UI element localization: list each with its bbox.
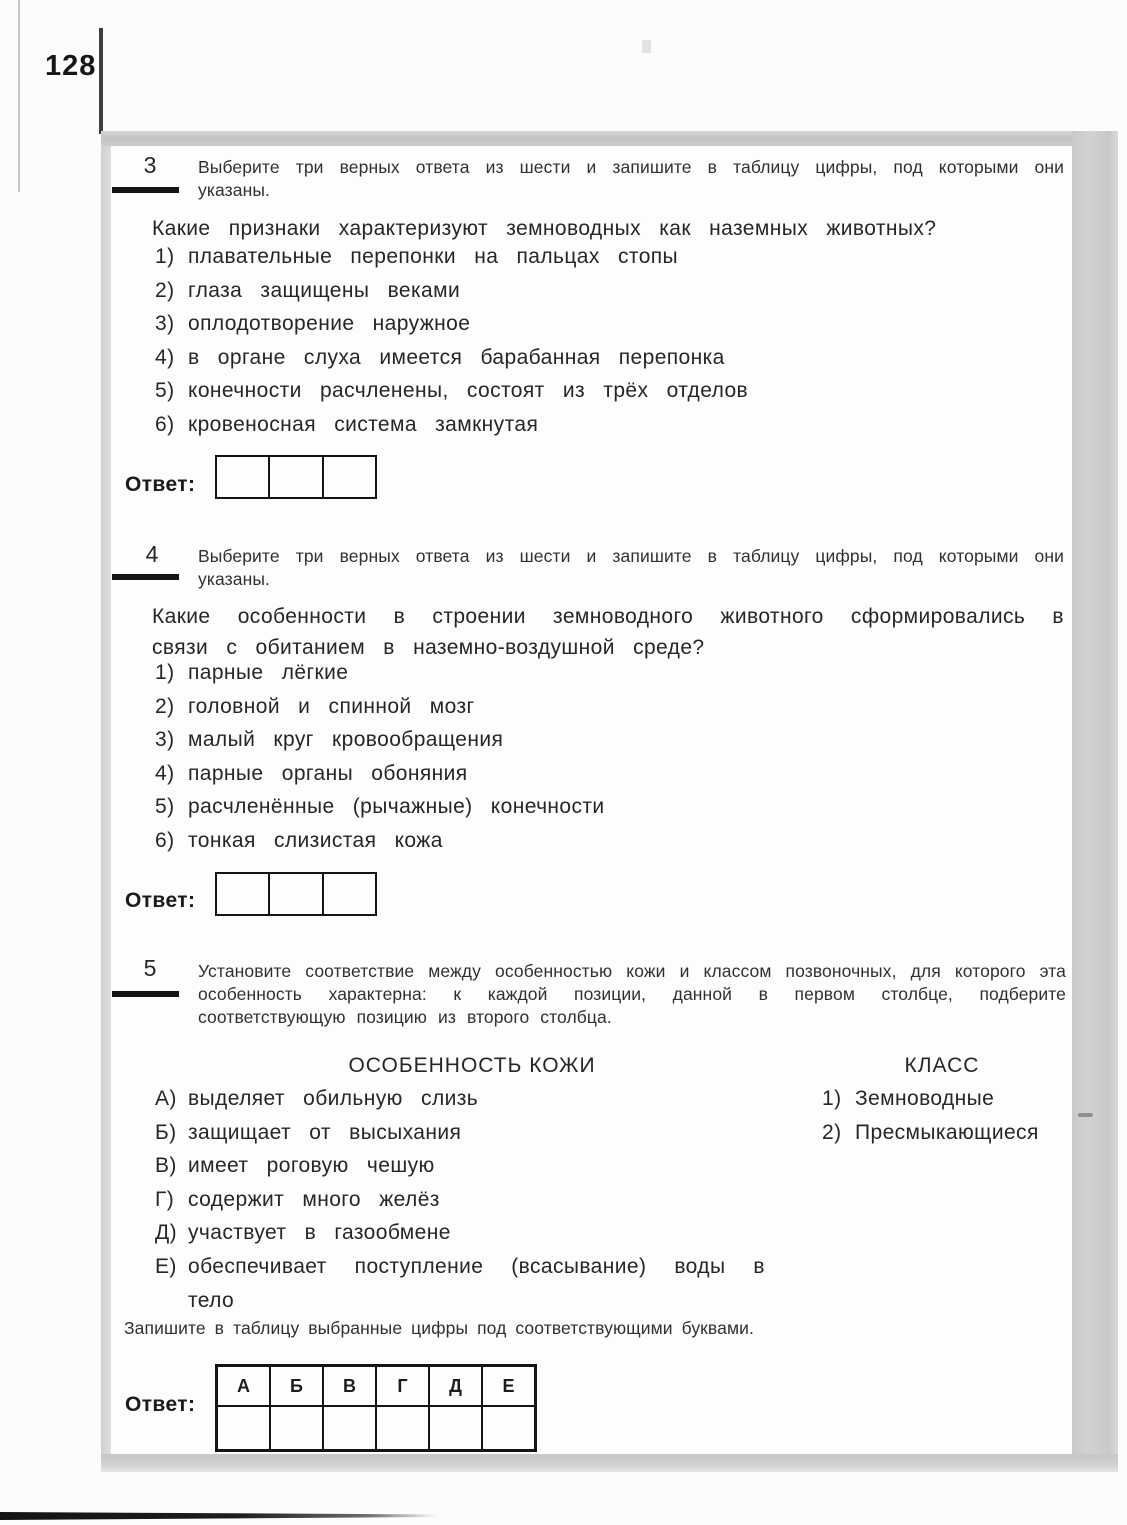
option-letter: Е) xyxy=(155,1250,188,1317)
option-letter: В) xyxy=(155,1149,188,1183)
answer-table-header-row: А Б В Г Д Е xyxy=(217,1366,536,1407)
answer-table-header: В xyxy=(323,1366,376,1407)
option-text: участвует в газообмене xyxy=(188,1216,795,1250)
option-text: глаза защищены веками xyxy=(188,274,1067,308)
option-letter: Б) xyxy=(155,1116,188,1150)
option-item: 1) Земноводные xyxy=(822,1082,1072,1116)
content-frame-bottom xyxy=(101,1454,1118,1472)
option-text: парные органы обоняния xyxy=(188,757,1067,791)
scan-artifact-speck xyxy=(642,40,651,53)
option-text: имеет роговую чешую xyxy=(188,1149,795,1183)
answer-table-header: Е xyxy=(482,1366,536,1407)
option-text: Пресмыкающиеся xyxy=(855,1116,1072,1150)
option-text: в органе слуха имеется барабанная перепо… xyxy=(188,341,1067,375)
option-text: содержит много желёз xyxy=(188,1183,795,1217)
question-4-answer-label: Ответ: xyxy=(125,889,195,913)
option-item: 5) конечности расчленены, состоят из трё… xyxy=(155,374,1067,408)
question-5-instruction: Установите соответствие между особенност… xyxy=(198,960,1066,1029)
option-number: 6) xyxy=(155,408,188,442)
option-text: тонкая слизистая кожа xyxy=(188,824,1067,858)
option-number: 4) xyxy=(155,757,188,791)
option-number: 1) xyxy=(155,656,188,690)
match-right-column-header: КЛАСС xyxy=(822,1054,1062,1078)
option-text: головной и спинной мозг xyxy=(188,690,1067,724)
scan-artifact-line xyxy=(18,0,20,192)
answer-table-header: Д xyxy=(429,1366,482,1407)
question-5-note: Запишите в таблицу выбранные цифры под с… xyxy=(124,1318,884,1339)
scan-artifact-dash xyxy=(1078,1113,1093,1117)
question-4-rule xyxy=(112,574,179,580)
answer-table-value-row xyxy=(217,1406,536,1451)
match-left-column-header: ОСОБЕННОСТЬ КОЖИ xyxy=(152,1054,792,1078)
question-5-answer-table: А Б В Г Д Е xyxy=(215,1364,537,1452)
option-item: Г) содержит много желёз xyxy=(155,1183,795,1217)
option-item: 6) тонкая слизистая кожа xyxy=(155,824,1067,858)
question-3-rule xyxy=(112,187,179,193)
option-text: плавательные перепонки на пальцах стопы xyxy=(188,240,1067,274)
option-text: обеспечивает поступление (всасывание) во… xyxy=(188,1250,765,1317)
option-text: парные лёгкие xyxy=(188,656,1067,690)
option-letter: Г) xyxy=(155,1183,188,1217)
content-frame-right xyxy=(1072,131,1118,1472)
option-number: 6) xyxy=(155,824,188,858)
option-item: 5) расчленённые (рычажные) конечности xyxy=(155,790,1067,824)
page-number: 128 xyxy=(45,50,96,83)
option-text: выделяет обильную слизь xyxy=(188,1082,795,1116)
option-number: 1) xyxy=(822,1082,855,1116)
option-number: 2) xyxy=(822,1116,855,1150)
option-number: 3) xyxy=(155,307,188,341)
option-text: защищает от высыхания xyxy=(188,1116,795,1150)
option-number: 1) xyxy=(155,240,188,274)
option-number: 2) xyxy=(155,274,188,308)
option-text: конечности расчленены, состоят из трёх о… xyxy=(188,374,1067,408)
scan-artifact-bottom-bar xyxy=(0,1512,438,1520)
answer-cell[interactable] xyxy=(324,457,375,497)
answer-cell[interactable] xyxy=(270,1406,323,1451)
option-number: 4) xyxy=(155,341,188,375)
option-number: 5) xyxy=(155,790,188,824)
option-item: 3) малый круг кровообращения xyxy=(155,723,1067,757)
option-number: 2) xyxy=(155,690,188,724)
option-item: 6) кровеносная система замкнутая xyxy=(155,408,1067,442)
content-frame-top xyxy=(101,131,1117,146)
option-item: 2) головной и спинной мозг xyxy=(155,690,1067,724)
option-text: Земноводные xyxy=(855,1082,1072,1116)
match-right-options: 1) Земноводные 2) Пресмыкающиеся xyxy=(822,1082,1072,1149)
question-4-answer-box xyxy=(215,872,377,916)
option-item: В) имеет роговую чешую xyxy=(155,1149,795,1183)
question-3-number: 3 xyxy=(137,152,163,179)
option-item: 4) парные органы обоняния xyxy=(155,757,1067,791)
option-letter: Д) xyxy=(155,1216,188,1250)
option-item: 3) оплодотворение наружное xyxy=(155,307,1067,341)
answer-cell[interactable] xyxy=(429,1406,482,1451)
question-3-instruction: Выберите три верных ответа из шести и за… xyxy=(198,156,1064,202)
option-number: 5) xyxy=(155,374,188,408)
option-item: Д) участвует в газообмене xyxy=(155,1216,795,1250)
option-item: Е) обеспечивает поступление (всасывание)… xyxy=(155,1250,765,1317)
option-text: расчленённые (рычажные) конечности xyxy=(188,790,1067,824)
option-item: 1) плавательные перепонки на пальцах сто… xyxy=(155,240,1067,274)
option-item: 2) Пресмыкающиеся xyxy=(822,1116,1072,1150)
option-item: Б) защищает от высыхания xyxy=(155,1116,795,1150)
question-3-answer-label: Ответ: xyxy=(125,473,195,497)
answer-cell[interactable] xyxy=(217,457,270,497)
option-item: А) выделяет обильную слизь xyxy=(155,1082,795,1116)
question-3-options: 1) плавательные перепонки на пальцах сто… xyxy=(155,240,1067,442)
answer-cell[interactable] xyxy=(217,1406,271,1451)
answer-table-header: Г xyxy=(376,1366,429,1407)
question-3-answer-box xyxy=(215,455,377,499)
option-text: малый круг кровообращения xyxy=(188,723,1067,757)
answer-cell[interactable] xyxy=(482,1406,536,1451)
option-item: 2) глаза защищены веками xyxy=(155,274,1067,308)
question-4-text: Какие особенности в строении земноводног… xyxy=(152,601,1064,663)
page-corner-rule xyxy=(99,28,103,134)
answer-cell[interactable] xyxy=(324,874,375,914)
option-letter: А) xyxy=(155,1082,188,1116)
question-4-number: 4 xyxy=(139,541,165,568)
option-item: 4) в органе слуха имеется барабанная пер… xyxy=(155,341,1067,375)
answer-cell[interactable] xyxy=(270,457,323,497)
option-text: кровеносная система замкнутая xyxy=(188,408,1067,442)
question-5-rule xyxy=(112,991,179,997)
option-item: 1) парные лёгкие xyxy=(155,656,1067,690)
question-4-options: 1) парные лёгкие 2) головной и спинной м… xyxy=(155,656,1067,858)
question-5-answer-label: Ответ: xyxy=(125,1393,195,1417)
answer-cell[interactable] xyxy=(376,1406,429,1451)
option-text: оплодотворение наружное xyxy=(188,307,1067,341)
answer-table-header: Б xyxy=(270,1366,323,1407)
answer-cell[interactable] xyxy=(270,874,323,914)
question-4-instruction: Выберите три верных ответа из шести и за… xyxy=(198,545,1064,591)
content-frame-left xyxy=(101,146,111,1454)
scanned-workbook-page: 128 3 Выберите три верных ответа из шест… xyxy=(0,0,1127,1525)
question-5-number: 5 xyxy=(137,955,163,982)
answer-table-header: А xyxy=(217,1366,271,1407)
answer-cell[interactable] xyxy=(217,874,270,914)
option-number: 3) xyxy=(155,723,188,757)
answer-cell[interactable] xyxy=(323,1406,376,1451)
match-left-options: А) выделяет обильную слизь Б) защищает о… xyxy=(155,1082,795,1317)
